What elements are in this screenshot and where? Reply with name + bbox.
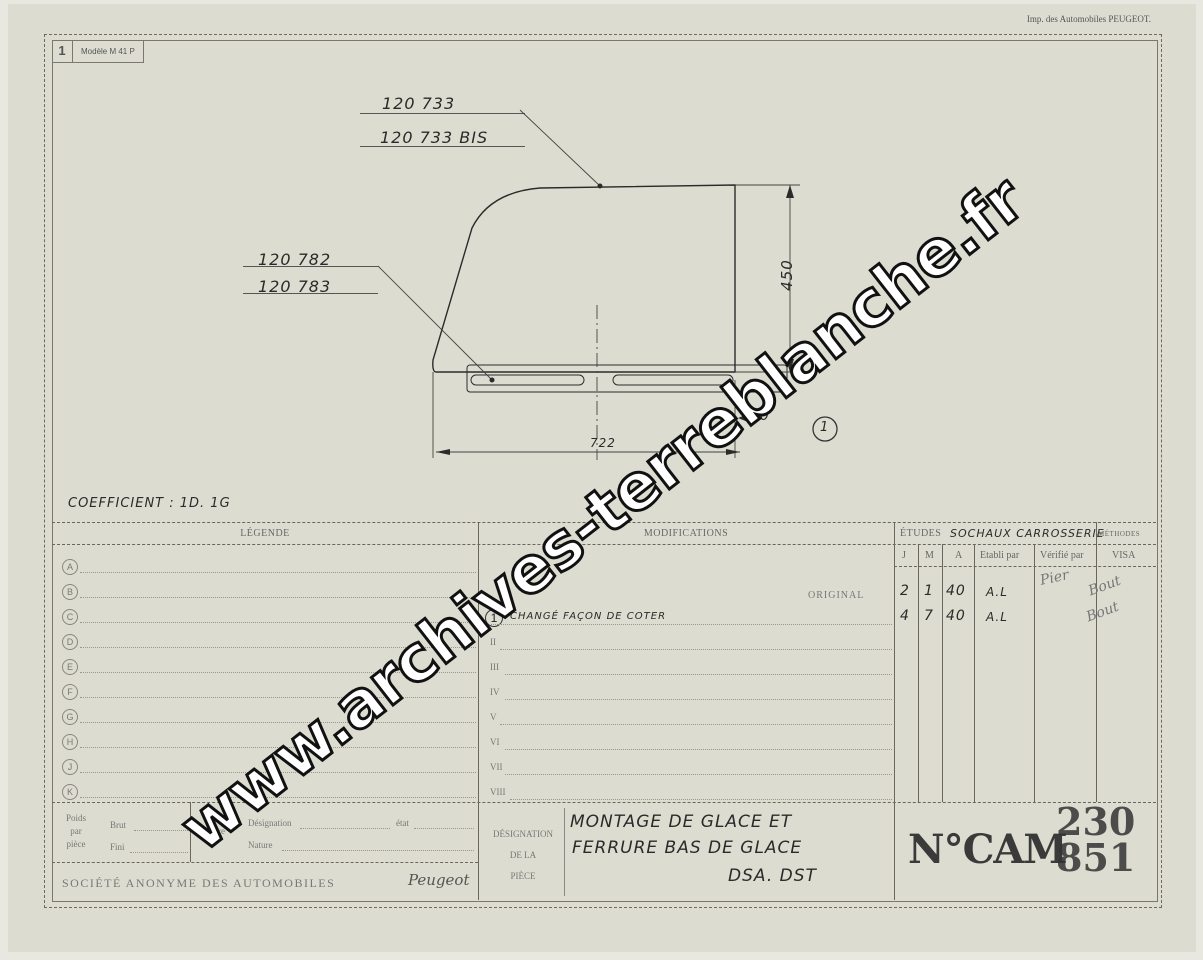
mod-line: [505, 774, 892, 775]
legend-marker-h: H: [62, 734, 78, 750]
mod-line: [505, 699, 892, 700]
designation-word: DÉSIGNATION: [493, 829, 553, 839]
col-divider: [942, 544, 943, 802]
fini-label: Fini: [110, 842, 125, 852]
legend-marker-k: K: [62, 784, 78, 800]
legend-marker-e: E: [62, 659, 78, 675]
legend-line: [80, 572, 476, 573]
brut-label: Brut: [110, 820, 126, 830]
legend-title: LÉGENDE: [52, 528, 478, 539]
divider: [894, 522, 895, 900]
col-divider: [1034, 544, 1035, 802]
legend-marker-f: F: [62, 684, 78, 700]
piece-word: PIÈCE: [510, 871, 535, 881]
mod-line: [510, 799, 892, 800]
col-header-etabli: Etabli par: [980, 550, 1019, 561]
etudes-header-line: [894, 566, 1156, 567]
entry-1-m: 1: [924, 583, 934, 599]
cam-number-under: 851: [1056, 840, 1135, 876]
entry-1-j: 2: [900, 583, 910, 599]
entry-2-m: 7: [924, 608, 934, 624]
legend-marker-d: D: [62, 634, 78, 650]
de-la-word: DE LA: [510, 850, 536, 860]
designation-line: [300, 828, 390, 829]
legend-line: [80, 597, 476, 598]
coefficient: COEFFICIENT : 1D. 1G: [68, 496, 231, 511]
peugeot-logo: Peugeot: [408, 871, 470, 889]
nature-line: [282, 850, 474, 851]
etat-label: état: [396, 818, 409, 828]
designation-line-1: MONTAGE DE GLACE ET: [570, 812, 792, 832]
legend-marker-a: A: [62, 559, 78, 575]
societe-label: SOCIÉTÉ ANONYME DES AUTOMOBILES: [62, 876, 335, 891]
footer-border: [52, 862, 478, 863]
revision-marker: 1: [820, 420, 829, 435]
designation-line-3: DSA. DST: [728, 866, 817, 886]
etudes-handwritten: SOCHAUX CARROSSERIE: [950, 527, 1105, 540]
modification-marker-5: V: [490, 712, 497, 722]
entry-2-j: 4: [900, 608, 910, 624]
designation-line-2: FERRURE BAS DE GLACE: [572, 838, 802, 858]
entry-2-a: 40: [946, 608, 966, 624]
mod-line: [500, 724, 892, 725]
dimension-width: 722: [590, 436, 616, 450]
modification-marker-3: III: [490, 662, 499, 672]
brut-line: [134, 830, 188, 831]
methodes-title: MÉTHODES: [1098, 530, 1140, 538]
col-divider: [918, 544, 919, 802]
etudes-title: ÉTUDES: [900, 528, 941, 539]
legend-marker-c: C: [62, 609, 78, 625]
mod-line: [480, 624, 892, 625]
mod-line: [505, 674, 892, 675]
etat-line: [414, 828, 474, 829]
par-word: par: [70, 826, 82, 836]
fini-line: [130, 852, 188, 853]
dimension-height: 450: [778, 259, 796, 291]
legend-marker-j: J: [62, 759, 78, 775]
mod-line: [500, 649, 892, 650]
original-label: ORIGINAL: [808, 590, 864, 601]
designation-piece-label: DÉSIGNATION DE LA PIÈCE: [488, 824, 558, 887]
legend-marker-g: G: [62, 709, 78, 725]
col-header-m: M: [925, 550, 934, 561]
entry-2-etabli: A.L: [986, 610, 1008, 624]
cam-label: N°CAM: [908, 826, 1067, 873]
col-header-a: A: [955, 550, 962, 561]
nature-label: Nature: [248, 840, 273, 850]
modification-marker-4: IV: [490, 687, 500, 697]
poids-label: Poids par pièce: [62, 812, 90, 851]
entry-1-etabli: A.L: [986, 585, 1008, 599]
col-header-visa: VISA: [1112, 550, 1135, 561]
piece-word: pièce: [67, 839, 86, 849]
col-divider: [1096, 522, 1097, 802]
entry-1-a: 40: [946, 583, 966, 599]
modification-marker-6: VI: [490, 737, 500, 747]
col-header-verifie: Vérifié par: [1040, 550, 1084, 561]
col-header-j: J: [902, 550, 906, 561]
legend-marker-b: B: [62, 584, 78, 600]
modification-marker-8: VIII: [490, 787, 506, 797]
brace: [564, 808, 565, 896]
col-divider: [974, 544, 975, 802]
poids-word: Poids: [66, 813, 86, 823]
mod-line: [505, 749, 892, 750]
modification-marker-7: VII: [490, 762, 503, 772]
